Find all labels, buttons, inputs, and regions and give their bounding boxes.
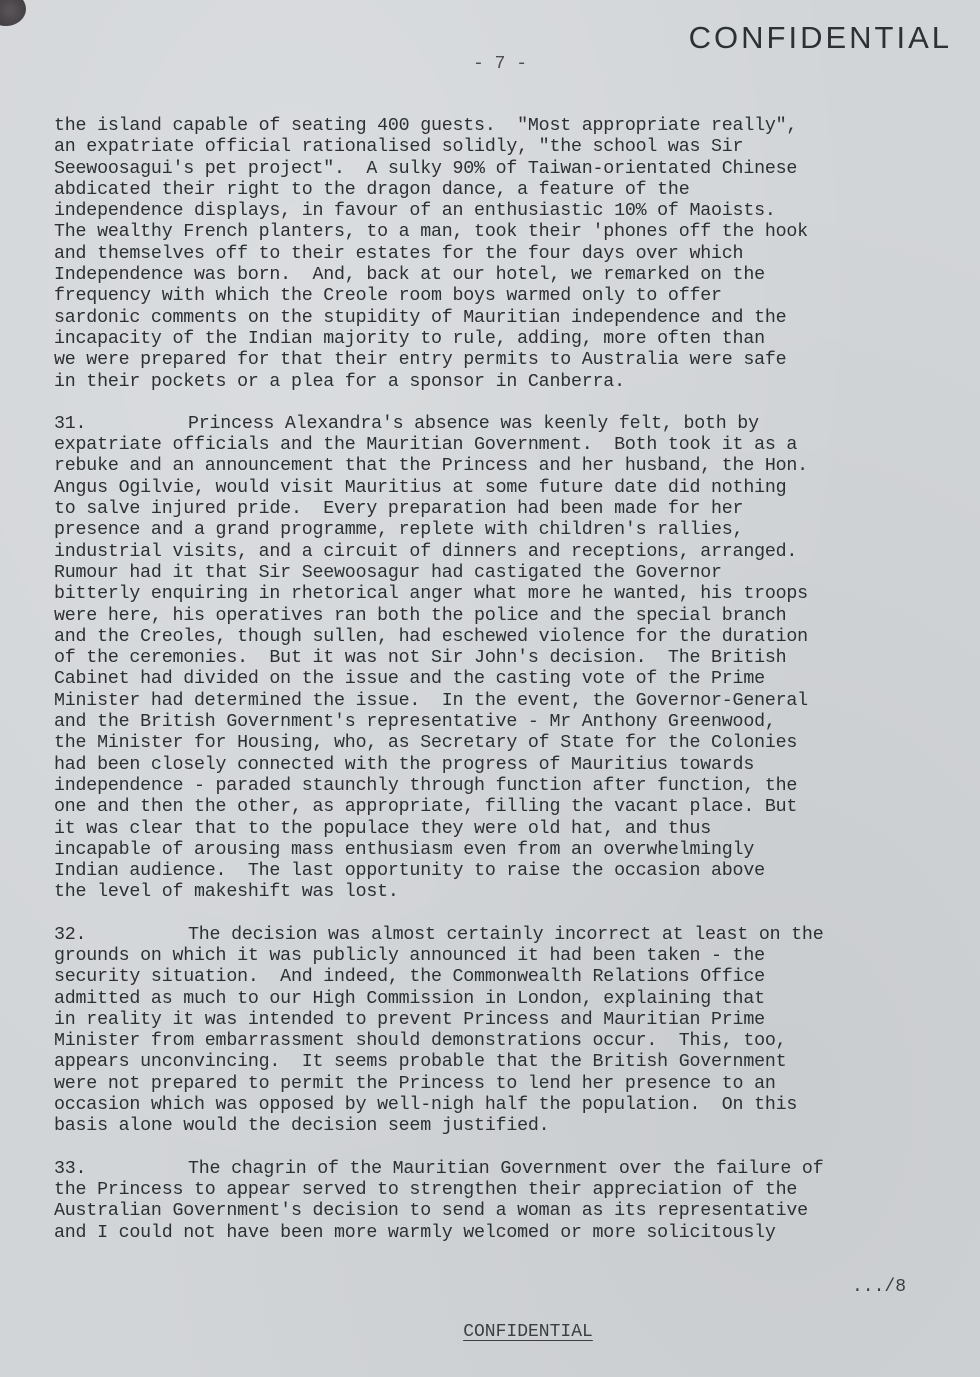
text-line: Seewoosagui's pet project". A sulky 90% … bbox=[54, 159, 954, 180]
text-line: security situation. And indeed, the Comm… bbox=[54, 967, 954, 988]
text-line: Australian Government's decision to send… bbox=[54, 1201, 954, 1222]
text-line: to salve injured pride. Every preparatio… bbox=[54, 499, 954, 520]
text-line: Independence was born. And, back at our … bbox=[54, 265, 954, 286]
text-line: The decision was almost certainly incorr… bbox=[188, 925, 823, 945]
text-line: one and then the other, as appropriate, … bbox=[54, 797, 954, 818]
text-line: incapacity of the Indian majority to rul… bbox=[54, 329, 954, 350]
text-line: The chagrin of the Mauritian Government … bbox=[188, 1159, 823, 1179]
text-line: in reality it was intended to prevent Pr… bbox=[54, 1010, 954, 1031]
text-line: appears unconvincing. It seems probable … bbox=[54, 1052, 954, 1073]
paragraph-number: 32. bbox=[54, 925, 188, 946]
text-line: the Princess to appear served to strengt… bbox=[54, 1180, 954, 1201]
text-line: incapable of arousing mass enthusiasm ev… bbox=[54, 840, 954, 861]
text-line: the level of makeshift was lost. bbox=[54, 882, 954, 903]
paragraph-33: 33.The chagrin of the Mauritian Governme… bbox=[54, 1159, 954, 1244]
text-line: bitterly enquiring in rhetorical anger w… bbox=[54, 584, 954, 605]
document-body: the island capable of seating 400 guests… bbox=[54, 116, 954, 1244]
text-line: we were prepared for that their entry pe… bbox=[54, 350, 954, 371]
text-line: and themselves off to their estates for … bbox=[54, 244, 954, 265]
text-line: it was clear that to the populace they w… bbox=[54, 819, 954, 840]
text-line: Indian audience. The last opportunity to… bbox=[54, 861, 954, 882]
text-line: independence - paraded staunchly through… bbox=[54, 776, 954, 797]
text-line: industrial visits, and a circuit of dinn… bbox=[54, 542, 954, 563]
paragraph-number: 33. bbox=[54, 1159, 188, 1180]
text-line: the island capable of seating 400 guests… bbox=[54, 116, 954, 137]
text-line: Minister had determined the issue. In th… bbox=[54, 691, 954, 712]
text-line: and the British Government's representat… bbox=[54, 712, 954, 733]
text-line: Princess Alexandra's absence was keenly … bbox=[188, 414, 759, 434]
text-line: Rumour had it that Sir Seewoosagur had c… bbox=[54, 563, 954, 584]
paragraph-gap bbox=[54, 904, 954, 925]
text-line: were not prepared to permit the Princess… bbox=[54, 1074, 954, 1095]
paragraph-continued: the island capable of seating 400 guests… bbox=[54, 116, 954, 393]
text-line: rebuke and an announcement that the Prin… bbox=[54, 456, 954, 477]
text-line: in their pockets or a plea for a sponsor… bbox=[54, 372, 954, 393]
page-number: - 7 - bbox=[0, 54, 980, 74]
text-line: occasion which was opposed by well-nigh … bbox=[54, 1095, 954, 1116]
text-line: an expatriate official rationalised soli… bbox=[54, 137, 954, 158]
text-line: admitted as much to our High Commission … bbox=[54, 989, 954, 1010]
text-line: grounds on which it was publicly announc… bbox=[54, 946, 954, 967]
paragraph-gap bbox=[54, 393, 954, 414]
paragraph-gap bbox=[54, 1138, 954, 1159]
header-classification: CONFIDENTIAL bbox=[689, 20, 952, 56]
paragraph-number: 31. bbox=[54, 414, 188, 435]
continuation-marker: .../8 bbox=[852, 1277, 906, 1297]
text-line: sardonic comments on the stupidity of Ma… bbox=[54, 308, 954, 329]
footer-classification: CONFIDENTIAL bbox=[0, 1322, 980, 1342]
text-line: Minister from embarrassment should demon… bbox=[54, 1031, 954, 1052]
paragraph-32: 32.The decision was almost certainly inc… bbox=[54, 925, 954, 1138]
text-line: and I could not have been more warmly we… bbox=[54, 1223, 954, 1244]
text-line: frequency with which the Creole room boy… bbox=[54, 286, 954, 307]
text-line: were here, his operatives ran both the p… bbox=[54, 606, 954, 627]
text-line: Cabinet had divided on the issue and the… bbox=[54, 669, 954, 690]
text-line: expatriate officials and the Mauritian G… bbox=[54, 435, 954, 456]
document-page: CONFIDENTIAL - 7 - the island capable of… bbox=[0, 0, 980, 1377]
text-line: had been closely connected with the prog… bbox=[54, 755, 954, 776]
paragraph-31: 31.Princess Alexandra's absence was keen… bbox=[54, 414, 954, 904]
text-line: presence and a grand programme, replete … bbox=[54, 520, 954, 541]
text-line: basis alone would the decision seem just… bbox=[54, 1116, 954, 1137]
text-line: abdicated their right to the dragon danc… bbox=[54, 180, 954, 201]
text-line: the Minister for Housing, who, as Secret… bbox=[54, 733, 954, 754]
text-line: Angus Ogilvie, would visit Mauritius at … bbox=[54, 478, 954, 499]
text-line: of the ceremonies. But it was not Sir Jo… bbox=[54, 648, 954, 669]
text-line: independence displays, in favour of an e… bbox=[54, 201, 954, 222]
punch-hole-mark bbox=[0, 0, 26, 26]
text-line: The wealthy French planters, to a man, t… bbox=[54, 222, 954, 243]
text-line: and the Creoles, though sullen, had esch… bbox=[54, 627, 954, 648]
